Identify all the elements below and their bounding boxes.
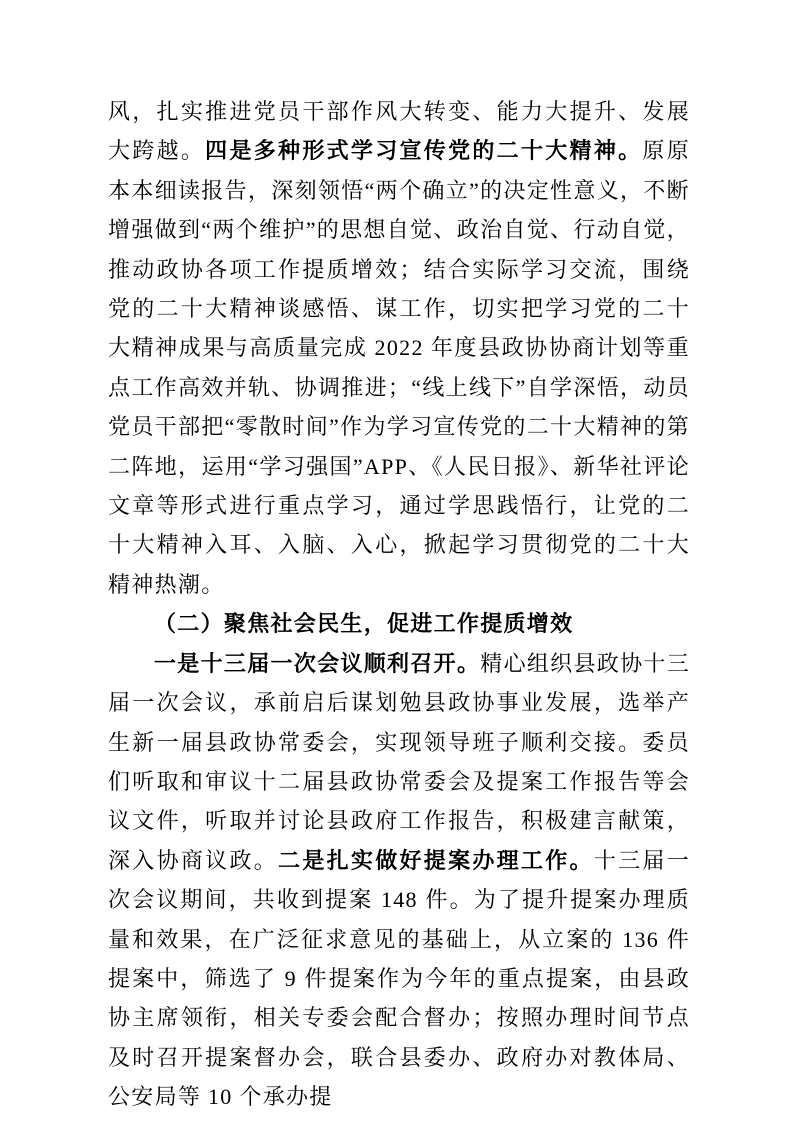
- text-run: 十三届一次会议期间，共收到提案 148 件。为了提升提案办理质量和效果，在广泛征…: [108, 848, 690, 1109]
- bold-text-run: 一是十三届一次会议顺利召开。: [154, 651, 480, 676]
- document-body: 风，扎实推进党员干部作风大转变、能力大提升、发展大跨越。四是多种形式学习宣传党的…: [108, 92, 690, 1117]
- document-page: 风，扎实推进党员干部作风大转变、能力大提升、发展大跨越。四是多种形式学习宣传党的…: [0, 0, 793, 1122]
- paragraph: 一是十三届一次会议顺利召开。精心组织县政协十三届一次会议，承前启后谋划勉县政协事…: [108, 644, 690, 1117]
- section-heading: （二）聚焦社会民生，促进工作提质增效: [108, 604, 690, 643]
- paragraph: 风，扎实推进党员干部作风大转变、能力大提升、发展大跨越。四是多种形式学习宣传党的…: [108, 92, 690, 604]
- text-run: 精心组织县政协十三届一次会议，承前启后谋划勉县政协事业发展，选举产生新一届县政协…: [108, 651, 690, 873]
- section-heading-text: （二）聚焦社会民生，促进工作提质增效: [154, 611, 573, 636]
- text-run: 原原本本细读报告，深刻领悟“两个确立”的决定性意义，不断增强做到“两个维护”的思…: [108, 138, 690, 596]
- bold-text-run: 二是扎实做好提案办理工作。: [278, 848, 594, 873]
- bold-text-run: 四是多种形式学习宣传党的二十大精神。: [205, 138, 642, 163]
